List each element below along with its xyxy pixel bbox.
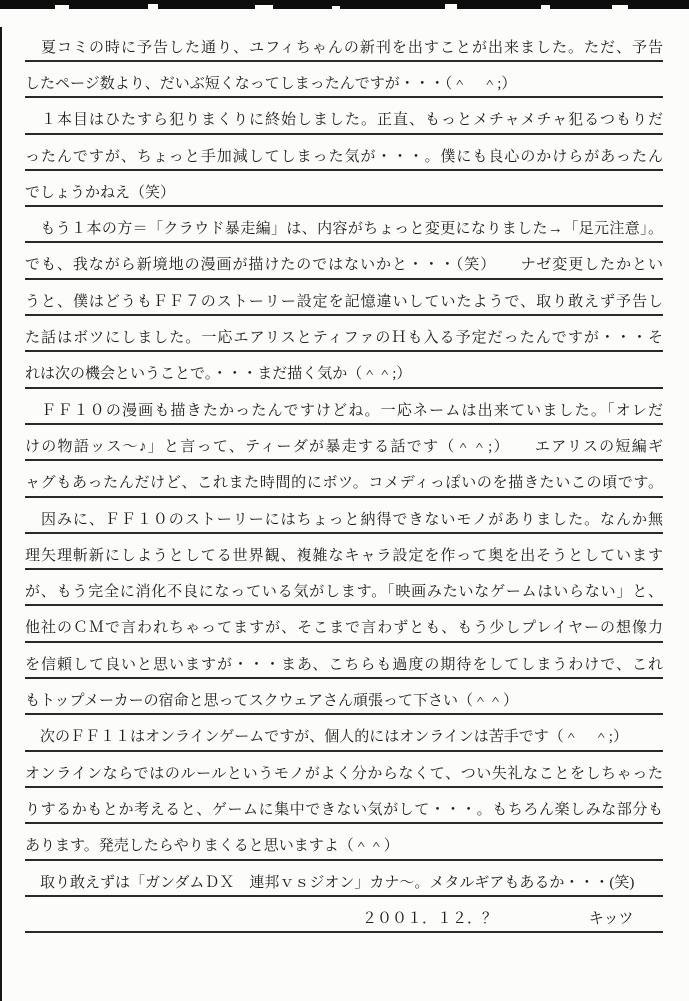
signature-name: キッツ bbox=[589, 911, 634, 927]
text-line: 理矢理斬新にしようとしてる世界観、複雑なキャラ設定を作って奥を出そうとしています bbox=[25, 534, 663, 570]
text-line: うと、僕はどうもＦＦ７のストーリー設定を記憶違いしていたようで、取り敢えず予告し bbox=[25, 280, 663, 316]
text-line: でしょうかねえ（笑） bbox=[25, 171, 663, 207]
text-line: ったんですが、ちょっと手加減してしまった気が・・・。僕にも良心のかけらがあったん bbox=[25, 135, 663, 171]
scan-edge-top bbox=[0, 0, 689, 9]
scanned-afterword-page: 夏コミの時に予告した通り、ユフィちゃんの新刊を出すことが出来ました。ただ、予告 … bbox=[0, 0, 689, 1001]
scan-notch bbox=[332, 6, 340, 9]
text-line: ャグもあったんだけど、これまた時間的にボツ。コメディっぽいのを描きたいこの頃です… bbox=[25, 461, 663, 497]
text-line: りするかもとか考えると、ゲームに集中できない気がして・・・。もちろん楽しみな部分… bbox=[25, 788, 663, 824]
text-line: 取り敢えずは「ガンダムＤＸ 連邦ｖｓジオン」カナ～。メタルギアもあるか・・・(笑… bbox=[25, 861, 663, 897]
text-line: したページ数より、だいぶ短くなってしまったんですが・・・（＾ ＾;） bbox=[25, 62, 663, 98]
text-line: 次のＦＦ１１はオンラインゲームですが、個人的にはオンラインは苦手です（＾ ＾;） bbox=[25, 715, 663, 751]
text-line: れは次の機会ということで。・・・まだ描く気か（＾＾;） bbox=[25, 352, 663, 388]
text-line: 夏コミの時に予告した通り、ユフィちゃんの新刊を出すことが出来ました。ただ、予告 bbox=[25, 26, 663, 62]
scan-notch bbox=[255, 5, 273, 9]
text-line: 他社のＣＭで言われちゃってますが、そこまで言わずとも、もう少しプレイヤーの想像力 bbox=[25, 606, 663, 642]
text-line: あります。発売したらやりまくると思いますよ（＾＾） bbox=[25, 824, 663, 860]
scan-notch bbox=[445, 4, 457, 9]
text-line: ＦＦ１０の漫画も描きたかったんですけどね。一応ネームは出来ていました。「オレだ bbox=[25, 389, 663, 425]
signature-date: ２００１．１２．？ bbox=[362, 911, 497, 927]
text-line: 因みに、ＦＦ１０のストーリーにはちょっと納得できないモノがありました。なんか無 bbox=[25, 498, 663, 534]
scan-notch bbox=[541, 5, 550, 9]
text-line: オンラインならではのルールというモノがよく分からなくて、つい失礼なことをしちゃっ… bbox=[25, 752, 663, 788]
signature-line: ２００１．１２．？ キッツ bbox=[25, 897, 663, 933]
text-line: １本目はひたすら犯りまくりに終始しました。正直、もっとメチャメチャ犯るつもりだ bbox=[25, 98, 663, 134]
scan-notch bbox=[55, 5, 69, 9]
text-line: けの物語ッス～♪」と言って、ティーダが暴走する話です（＾＾;） エアリスの短編ギ bbox=[25, 425, 663, 461]
scan-notch bbox=[612, 5, 628, 9]
text-line: でも、我ながら新境地の漫画が描けたのではないかと・・・（笑） ナゼ変更したかとい bbox=[25, 243, 663, 279]
scan-notch bbox=[148, 4, 158, 9]
afterword-text: 夏コミの時に予告した通り、ユフィちゃんの新刊を出すことが出来ました。ただ、予告 … bbox=[0, 26, 689, 933]
text-line: もう１本の方＝「クラウド暴走編」は、内容がちょっと変更になりました→「足元注意」… bbox=[25, 207, 663, 243]
text-line: もトップメーカーの宿命と思ってスクウェアさん頑張って下さい（＾＾） bbox=[25, 679, 663, 715]
text-line: た話はボツにしました。一応エアリスとティファのＨも入る予定だったんですが・・・そ bbox=[25, 316, 663, 352]
text-line: を信頼して良いと思いますが・・・まあ、こちらも過度の期待をしてしまうわけで、これ bbox=[25, 643, 663, 679]
text-line: が、もう完全に消化不良になっている気がします。「映画みたいなゲームはいらない」と… bbox=[25, 570, 663, 606]
